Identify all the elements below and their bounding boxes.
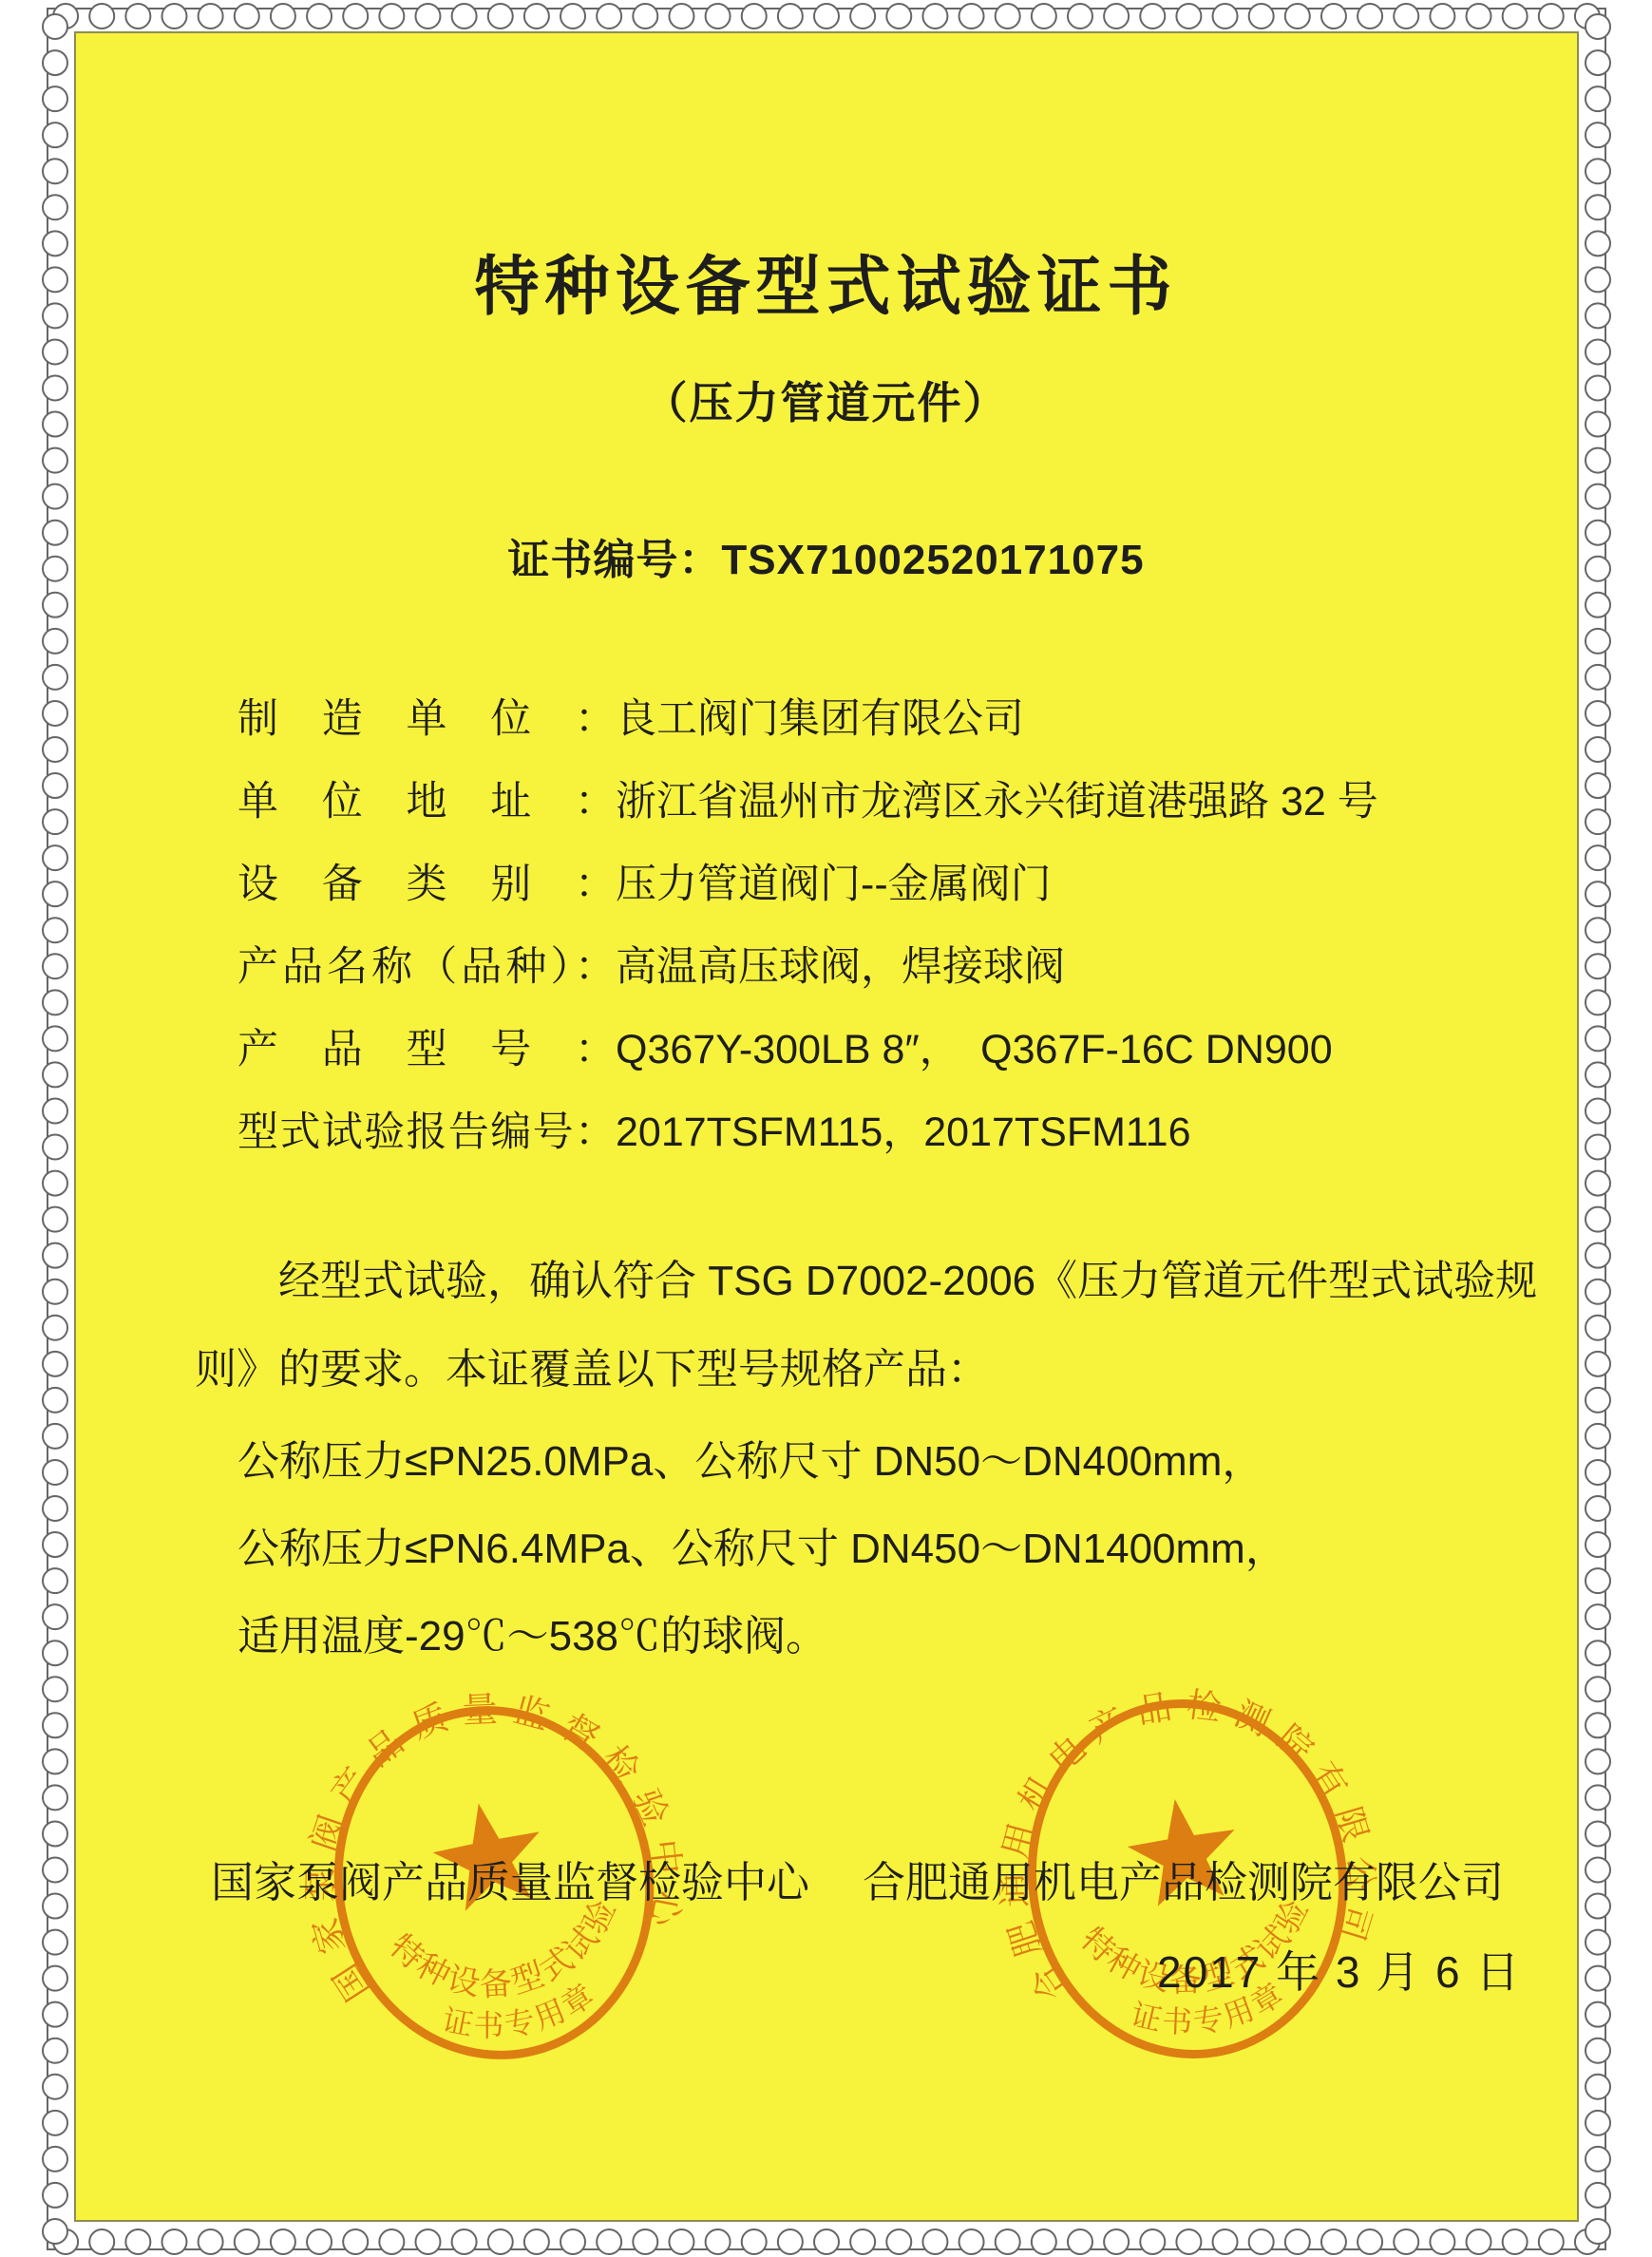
certificate-number: 证书编号：TSX71002520171075 bbox=[0, 525, 1652, 586]
field-row-product-model: 产品型号：Q367Y-300LB 8″， Q367F-16C DN900 bbox=[237, 1017, 1333, 1075]
field-value: 良工阀门集团有限公司 bbox=[616, 696, 1024, 742]
field-value: 压力管道阀门--金属阀门 bbox=[616, 862, 1052, 907]
spec-line-3: 适用温度-29℃～538℃的球阀。 bbox=[237, 1602, 827, 1662]
statement-line1: 经型式试验，确认符合 TSG D7002-2006《压力管道元件型式试验规 bbox=[278, 1246, 1537, 1307]
field-row-report-number: 型式试验报告编号：2017TSFM115，2017TSFM116 bbox=[237, 1100, 1191, 1158]
field-label: 产品型号： bbox=[237, 1017, 616, 1075]
spec-line-2: 公称压力≤PN6.4MPa、公称尺寸 DN450～DN1400mm， bbox=[237, 1514, 1287, 1575]
field-value: Q367Y-300LB 8″， Q367F-16C DN900 bbox=[616, 1027, 1333, 1072]
field-row-equipment-category: 设备类别：压力管道阀门--金属阀门 bbox=[237, 852, 1052, 910]
statement-line2: 则》的要求。本证覆盖以下型号规格产品： bbox=[195, 1335, 989, 1395]
field-row-address: 单位地址：浙江省温州市龙湾区永兴街道港强路 32 号 bbox=[237, 769, 1378, 827]
field-label: 制造单位： bbox=[237, 687, 616, 745]
certificate-subtitle: （压力管道元件） bbox=[0, 369, 1652, 431]
issuer-right: 合肥通用机电产品检测院有限公司 bbox=[863, 1848, 1504, 1909]
certificate-title: 特种设备型式试验证书 bbox=[0, 236, 1652, 328]
field-row-manufacturer: 制造单位：良工阀门集团有限公司 bbox=[237, 687, 1024, 745]
field-row-product-name: 产品名称（品种）：高温高压球阀，焊接球阀 bbox=[237, 935, 1065, 993]
field-label: 设备类别： bbox=[237, 852, 616, 910]
field-value: 2017TSFM115，2017TSFM116 bbox=[616, 1110, 1191, 1155]
spec-line-1: 公称压力≤PN25.0MPa、公称尺寸 DN50～DN400mm， bbox=[237, 1427, 1263, 1488]
issuer-left: 国家泵阀产品质量监督检验中心 bbox=[211, 1848, 809, 1909]
issue-date: 2017 年 3 月 6 日 bbox=[1157, 1938, 1521, 2001]
field-label: 型式试验报告编号： bbox=[237, 1100, 616, 1158]
field-label: 单位地址： bbox=[237, 769, 616, 827]
field-value: 浙江省温州市龙湾区永兴街道港强路 32 号 bbox=[616, 779, 1378, 825]
field-value: 高温高压球阀，焊接球阀 bbox=[616, 944, 1065, 990]
field-label: 产品名称（品种）： bbox=[237, 935, 616, 993]
certificate-page: 国家泵阀产品质量监督检验中心 特种设备型式试验 证书专用章 合肥通用机电产品检测… bbox=[0, 0, 1652, 2257]
